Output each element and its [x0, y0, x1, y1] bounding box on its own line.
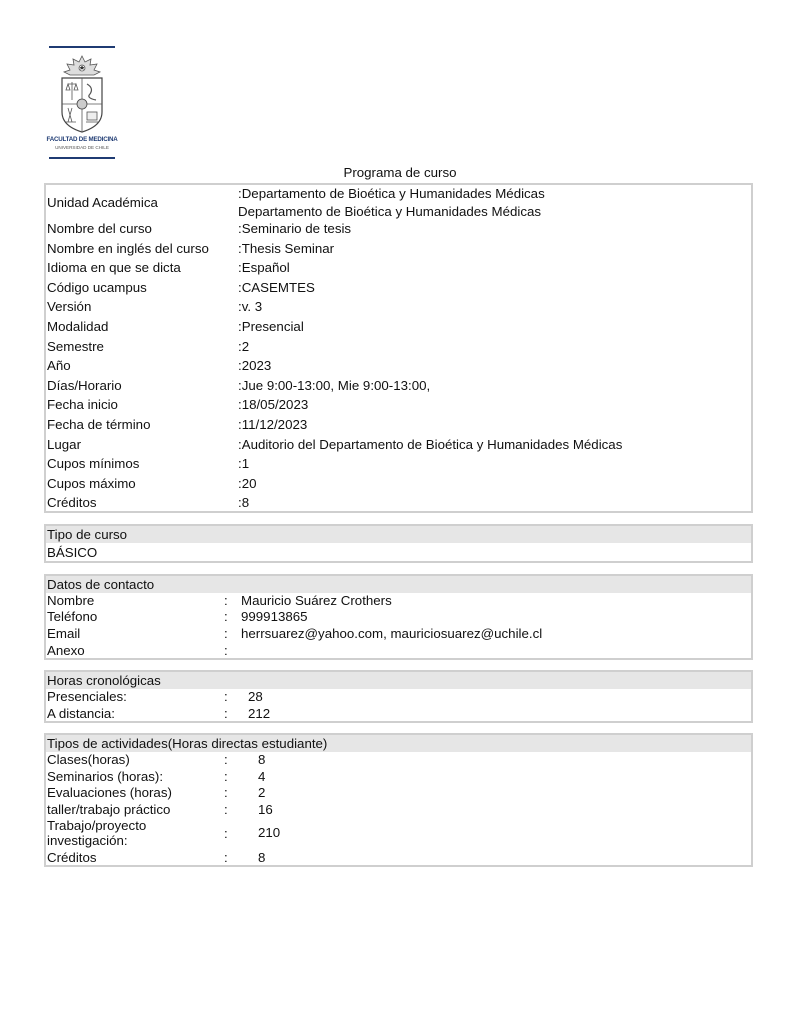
activity-label: taller/trabajo práctico	[47, 802, 170, 817]
hours-header: Horas cronológicas	[46, 672, 751, 689]
info-value: :2023	[238, 358, 271, 373]
info-value: :1	[238, 456, 249, 471]
activities-section: Tipos de actividades(Horas directas estu…	[44, 733, 753, 867]
logo-top-rule	[49, 46, 115, 48]
contact-section: Datos de contacto Nombre : Mauricio Suár…	[44, 574, 753, 660]
info-value: :8	[238, 495, 249, 510]
info-value: :v. 3	[238, 299, 262, 314]
university-crest-icon	[54, 54, 110, 134]
activity-value: 210	[258, 825, 280, 840]
hours-header-text: Horas cronológicas	[47, 673, 161, 688]
colon: :	[224, 802, 228, 817]
activity-label: Seminarios (horas):	[47, 769, 163, 784]
contact-email-label: Email	[47, 626, 80, 641]
activity-value: 8	[258, 850, 265, 865]
info-value: :Seminario de tesis	[238, 221, 351, 236]
contact-name-value: Mauricio Suárez Crothers	[241, 593, 392, 608]
colon: :	[224, 593, 228, 608]
page-title: Programa de curso	[0, 165, 800, 180]
contact-phone-label: Teléfono	[47, 609, 97, 624]
contact-annex-label: Anexo	[47, 643, 85, 658]
hours-presencial-value: 28	[248, 689, 263, 704]
info-label: Cupos máximo	[47, 476, 136, 491]
info-value: :Auditorio del Departamento de Bioética …	[238, 437, 622, 452]
info-value: :11/12/2023	[238, 417, 307, 432]
course-type-value: BÁSICO	[47, 545, 97, 560]
info-label: Fecha de término	[47, 417, 150, 432]
contact-header-text: Datos de contacto	[47, 577, 154, 592]
info-label: Créditos	[47, 495, 97, 510]
activity-value: 2	[258, 785, 265, 800]
hours-distance-label: A distancia:	[47, 706, 115, 721]
info-label: Código ucampus	[47, 280, 147, 295]
general-info-section: Unidad Académica :Departamento de Bioéti…	[44, 183, 753, 513]
info-label: Cupos mínimos	[47, 456, 139, 471]
activity-label-line-1: Trabajo/proyecto	[47, 818, 146, 833]
course-type-header: Tipo de curso	[46, 526, 751, 543]
info-label: Semestre	[47, 339, 104, 354]
unidad-academica-value: :Departamento de Bioética y Humanidades …	[238, 186, 545, 201]
info-label: Versión	[47, 299, 91, 314]
activities-header-text: Tipos de actividades(Horas directas estu…	[47, 736, 327, 751]
info-label: Días/Horario	[47, 378, 122, 393]
contact-header: Datos de contacto	[46, 576, 751, 593]
course-type-section: Tipo de curso BÁSICO	[44, 524, 753, 563]
info-value: :CASEMTES	[238, 280, 315, 295]
unidad-academica-label: Unidad Académica	[47, 195, 158, 210]
colon: :	[224, 626, 228, 641]
info-label: Modalidad	[47, 319, 108, 334]
info-value: :2	[238, 339, 249, 354]
activity-label: Evaluaciones (horas)	[47, 785, 172, 800]
info-value: :Presencial	[238, 319, 304, 334]
contact-name-label: Nombre	[47, 593, 94, 608]
colon: :	[224, 826, 228, 841]
info-label: Nombre en inglés del curso	[47, 241, 209, 256]
activity-label: Clases(horas)	[47, 752, 130, 767]
logo-university-name: UNIVERSIDAD DE CHILE	[46, 145, 118, 150]
hours-presencial-label: Presenciales:	[47, 689, 127, 704]
info-value: :Español	[238, 260, 290, 275]
activity-value: 4	[258, 769, 265, 784]
colon: :	[224, 689, 228, 704]
info-label: Año	[47, 358, 71, 373]
info-label: Idioma en que se dicta	[47, 260, 181, 275]
colon: :	[224, 643, 228, 658]
activity-label: Créditos	[47, 850, 97, 865]
activity-label-line-2: investigación:	[47, 833, 146, 848]
contact-email-value[interactable]: herrsuarez@yahoo.com, mauriciosuarez@uch…	[241, 626, 542, 641]
info-label: Nombre del curso	[47, 221, 152, 236]
colon: :	[224, 609, 228, 624]
hours-distance-value: 212	[248, 706, 270, 721]
logo-bottom-rule	[49, 157, 115, 159]
info-label: Lugar	[47, 437, 81, 452]
hours-section: Horas cronológicas Presenciales: : 28 A …	[44, 670, 753, 723]
info-value: :18/05/2023	[238, 397, 308, 412]
colon: :	[224, 769, 228, 784]
colon: :	[224, 785, 228, 800]
colon: :	[224, 706, 228, 721]
colon: :	[224, 850, 228, 865]
info-value: :20	[238, 476, 257, 491]
activity-label: Trabajo/proyecto investigación:	[47, 818, 146, 848]
activities-header: Tipos de actividades(Horas directas estu…	[46, 735, 751, 752]
unidad-academica-value-2: Departamento de Bioética y Humanidades M…	[238, 204, 541, 219]
faculty-logo: FACULTAD DE MEDICINA UNIVERSIDAD DE CHIL…	[46, 46, 118, 160]
info-value: :Thesis Seminar	[238, 241, 334, 256]
course-type-header-text: Tipo de curso	[47, 527, 127, 542]
activity-value: 8	[258, 752, 265, 767]
colon: :	[224, 752, 228, 767]
info-value: :Jue 9:00-13:00, Mie 9:00-13:00,	[238, 378, 430, 393]
activity-value: 16	[258, 802, 273, 817]
contact-phone-value: 999913865	[241, 609, 308, 624]
info-label: Fecha inicio	[47, 397, 118, 412]
logo-faculty-name: FACULTAD DE MEDICINA	[46, 136, 118, 143]
